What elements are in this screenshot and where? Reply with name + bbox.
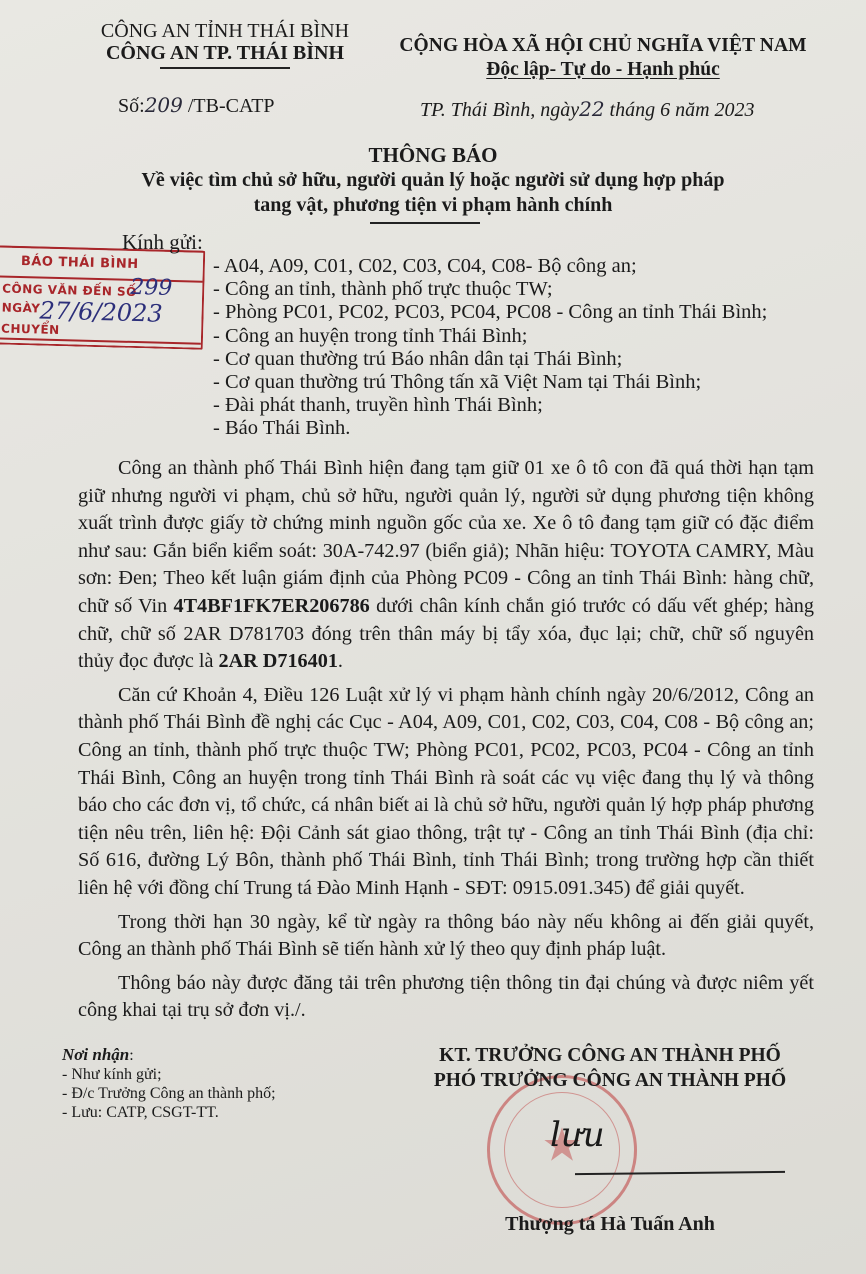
- stamp-row-ngay: NGÀY: [2, 301, 41, 316]
- recipient-item: - Báo Thái Bình.: [213, 417, 767, 440]
- distribution-item: - Lưu: CATP, CSGT-TT.: [62, 1103, 276, 1122]
- title-underline: [370, 222, 480, 224]
- doc-number-label: Số:: [118, 95, 145, 117]
- doc-number-handwritten: 209: [145, 93, 183, 117]
- p1-end: .: [338, 650, 343, 672]
- date-prefix: TP. Thái Bình, ngày: [420, 99, 579, 121]
- title-main: THÔNG BÁO: [0, 143, 866, 168]
- date-suffix: tháng 6 năm 2023: [610, 99, 755, 121]
- paragraph-deadline: Trong thời hạn 30 ngày, kể từ ngày ra th…: [78, 909, 814, 964]
- recipient-item: - Cơ quan thường trú Thông tấn xã Việt N…: [213, 371, 767, 394]
- handwritten-signature: lưu: [550, 1115, 605, 1155]
- document-number: Số:209 /TB-CATP: [118, 93, 275, 118]
- agency-name: CÔNG AN TP. THÁI BÌNH: [60, 42, 390, 64]
- motto: Độc lập- Tự do - Hạnh phúc: [385, 58, 821, 82]
- recipient-item: - Cơ quan thường trú Báo nhân dân tại Th…: [213, 348, 767, 371]
- title-subtitle-1: Về việc tìm chủ sở hữu, người quản lý ho…: [0, 168, 866, 193]
- document-date: TP. Thái Bình, ngày22 tháng 6 năm 2023: [420, 97, 755, 122]
- stamp-hand-date: 27/6/2023: [39, 297, 163, 328]
- national-motto: CỘNG HÒA XÃ HỘI CHỦ NGHĨA VIỆT NAM Độc l…: [385, 34, 821, 82]
- received-stamp: BÁO THÁI BÌNH CÔNG VĂN ĐẾN SỐ NGÀY CHUYỂ…: [0, 245, 205, 350]
- paragraph-legal-basis: Căn cứ Khoản 4, Điều 126 Luật xử lý vi p…: [78, 682, 814, 903]
- vin-number: 4T4BF1FK7ER206786: [174, 595, 370, 617]
- title-subtitle-2: tang vật, phương tiện vi phạm hành chính: [0, 193, 866, 218]
- distribution-heading: Nơi nhận: [62, 1045, 129, 1064]
- document-title: THÔNG BÁO Về việc tìm chủ sở hữu, người …: [0, 143, 866, 224]
- recipient-item: - Công an tỉnh, thành phố trực thuộc TW;: [213, 278, 767, 301]
- stamp-hand-number: 299: [130, 275, 173, 301]
- engine-number: 2AR D716401: [218, 650, 337, 672]
- doc-number-suffix: /TB-CATP: [188, 95, 275, 117]
- parent-agency: CÔNG AN TỈNH THÁI BÌNH: [60, 20, 390, 42]
- signature-title: KT. TRƯỞNG CÔNG AN THÀNH PHỐ PHÓ TRƯỞNG …: [400, 1043, 820, 1093]
- recipient-item: - Đài phát thanh, truyền hình Thái Bình;: [213, 394, 767, 417]
- recipient-item: - A04, A09, C01, C02, C03, C04, C08- Bộ …: [213, 255, 767, 278]
- recipient-item: - Phòng PC01, PC02, PC03, PC04, PC08 - C…: [213, 301, 767, 324]
- paragraph-vehicle-details: Công an thành phố Thái Bình hiện đang tạ…: [78, 455, 814, 676]
- distribution-item: - Đ/c Trưởng Công an thành phố;: [62, 1084, 276, 1103]
- stamp-org: BÁO THÁI BÌNH: [21, 254, 139, 272]
- nation-name: CỘNG HÒA XÃ HỘI CHỦ NGHĨA VIỆT NAM: [385, 34, 821, 58]
- p1-text: Công an thành phố Thái Bình hiện đang tạ…: [78, 457, 814, 617]
- distribution-list: Nơi nhận: - Như kính gửi; - Đ/c Trưởng C…: [62, 1045, 276, 1122]
- issuing-agency: CÔNG AN TỈNH THÁI BÌNH CÔNG AN TP. THÁI …: [60, 20, 390, 69]
- document-body: Công an thành phố Thái Bình hiện đang tạ…: [78, 455, 814, 1031]
- signer-name: Thượng tá Hà Tuấn Anh: [400, 1213, 820, 1236]
- recipient-item: - Công an huyện trong tỉnh Thái Bình;: [213, 325, 767, 348]
- agency-underline: [160, 67, 290, 69]
- signature-title-1: KT. TRƯỞNG CÔNG AN THÀNH PHỐ: [400, 1043, 820, 1068]
- stamp-line: [0, 337, 201, 344]
- paragraph-publication: Thông báo này được đăng tải trên phương …: [78, 970, 814, 1025]
- recipients-list: - A04, A09, C01, C02, C03, C04, C08- Bộ …: [213, 255, 767, 441]
- distribution-item: - Như kính gửi;: [62, 1065, 276, 1084]
- distribution-colon: :: [129, 1047, 133, 1064]
- recipients-label: Kính gửi:: [122, 230, 203, 255]
- date-day-handwritten: 22: [579, 97, 604, 121]
- signature-title-2: PHÓ TRƯỞNG CÔNG AN THÀNH PHỐ: [400, 1068, 820, 1093]
